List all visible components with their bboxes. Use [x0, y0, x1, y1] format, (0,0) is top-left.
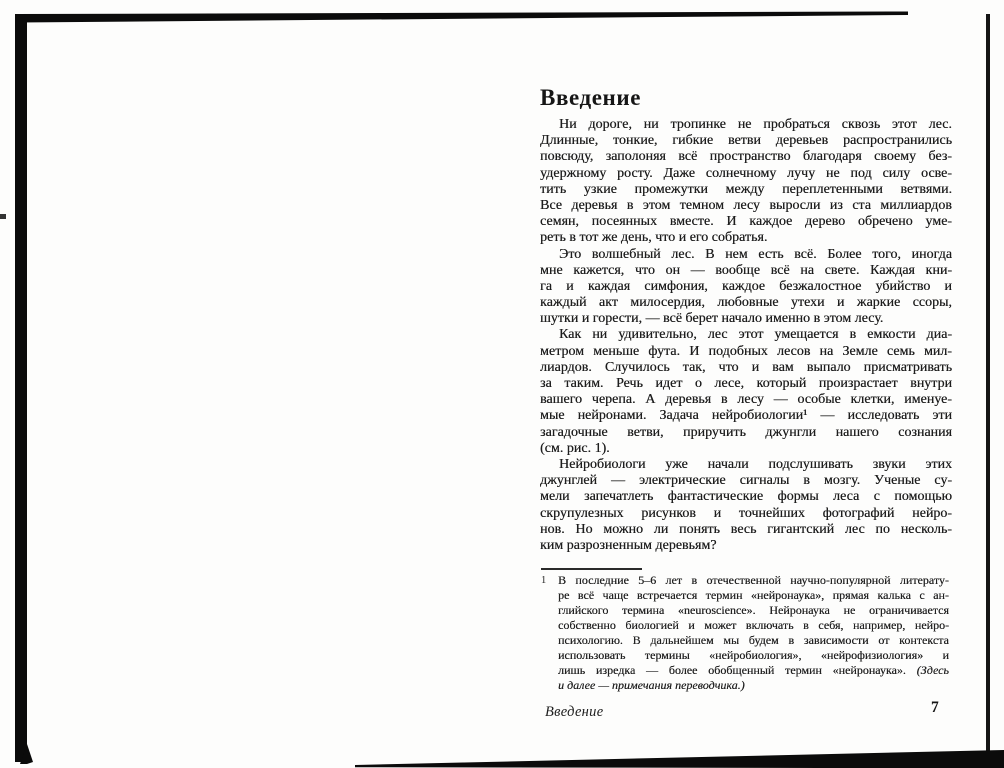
footer-page-number: 7 — [931, 699, 939, 717]
text-line: загадочныеветви,приручитьджунглинашегосо… — [540, 425, 952, 441]
text-line: Длинные,тонкие,гибкиеветвидеревьевраспро… — [540, 133, 952, 149]
text-line: лишьизредка—болееобобщенныйтермин«нейрон… — [558, 663, 949, 678]
footnote-marker: 1 — [541, 575, 546, 586]
page-title: Введение — [540, 85, 641, 111]
text-line: Впоследние5–6летвотечественнойнаучно-поп… — [558, 573, 949, 588]
scan-top-bar — [18, 12, 908, 23]
text-line: лиардов.Случилосьтак,чтоивамвыпалоприсма… — [540, 360, 952, 376]
text-line: джунглей—электрическиесигналывмозгу.Учен… — [540, 473, 952, 489]
text-line: повсюду,заполоняявсёпространствоблагодар… — [540, 149, 952, 165]
body-text: Нидороге,нитропинкенепробратьсясквозьэто… — [540, 117, 952, 554]
footnote-separator-rule — [541, 568, 642, 570]
text-line: психологию.Вдальнейшеммыбудемвзависимост… — [558, 633, 949, 648]
text-line: (см. рис. 1). — [540, 441, 952, 457]
scanned-book-page: Введение Нидороге,нитропинкенепробраться… — [0, 0, 1004, 768]
text-line: удержномуросту.Дажесолнечномулучунеподси… — [540, 166, 952, 182]
scan-bottom-bar — [355, 750, 1004, 768]
scan-right-edge-line — [986, 14, 990, 758]
text-line: метромменьшефута.ИподобныхлесовнаЗемлесе… — [540, 344, 952, 360]
paragraph: Нейробиологиуженачалиподслушиватьзвукиэт… — [540, 457, 952, 554]
text-line: Нейробиологиуженачалиподслушиватьзвукиэт… — [540, 457, 952, 473]
text-line: Вседеревьявэтомтемномлесувырослиизстамил… — [540, 198, 952, 214]
text-line: нов.Номожнолипонятьвесьгигантскийлеспоне… — [540, 522, 952, 538]
text-line: вашегочерепа.Адеревьявлесу—особыеклетки,… — [540, 392, 952, 408]
footer-section-label: Введение — [545, 704, 603, 721]
paragraph: Нидороге,нитропинкенепробратьсясквозьэто… — [540, 117, 952, 247]
paragraph: Какниудивительно,лесэтотумещаетсявемкост… — [540, 327, 952, 457]
scan-speck-left — [0, 214, 6, 219]
text-line: ревсёчащевстречаетсятермин«нейронаука»,п… — [558, 588, 949, 603]
text-line: каждыйактмилосердия,любовныеутехиижаркие… — [540, 295, 952, 311]
scan-left-bar — [15, 14, 27, 762]
text-line: гаикаждаясимфония,каждоебезжалостноеубий… — [540, 279, 952, 295]
text-line: скрупулезныхрисунковиточнейшихфотографий… — [540, 506, 952, 522]
text-line: Этоволшебныйлес.Внеместьвсё.Болеетого,ин… — [540, 247, 952, 263]
text-line: и далее — примечания переводчика.) — [558, 678, 949, 693]
text-line: глийскоготермина«neuroscience».Нейронаук… — [558, 603, 949, 618]
text-line: затаким.Речьидетолесе,которыйпроизрастае… — [540, 376, 952, 392]
text-line: Какниудивительно,лесэтотумещаетсявемкост… — [540, 327, 952, 343]
text-line: собственнобиологиейиможетвключатьвсебя,н… — [558, 618, 949, 633]
paragraph: Этоволшебныйлес.Внеместьвсё.Болеетого,ин… — [540, 247, 952, 328]
text-line: мнекажется,чтоон—вообщевсёнасвете.Каждая… — [540, 263, 952, 279]
text-line: реть в тот же день, что и его собратья. — [540, 230, 952, 246]
text-line: титьузкиепромежуткимеждупереплетеннымиве… — [540, 182, 952, 198]
text-line: использоватьтермины«нейробиология»,«нейр… — [558, 648, 949, 663]
text-line: мыенейронами.Задачанейробиологии¹—исслед… — [540, 408, 952, 424]
text-line: Нидороге,нитропинкенепробратьсясквозьэто… — [540, 117, 952, 133]
text-line: семян,посеянныхвместе.Икаждоедеревообреч… — [540, 214, 952, 230]
text-line: шутки и горести, — всё берет начало имен… — [540, 311, 952, 327]
scan-left-bar-foot — [20, 744, 33, 764]
text-line: ким разрозненным деревьям? — [540, 538, 952, 554]
footnote-text: Впоследние5–6летвотечественнойнаучно-поп… — [558, 573, 949, 693]
text-line: мелизапечатлетьфантастическиеформылесасп… — [540, 489, 952, 505]
